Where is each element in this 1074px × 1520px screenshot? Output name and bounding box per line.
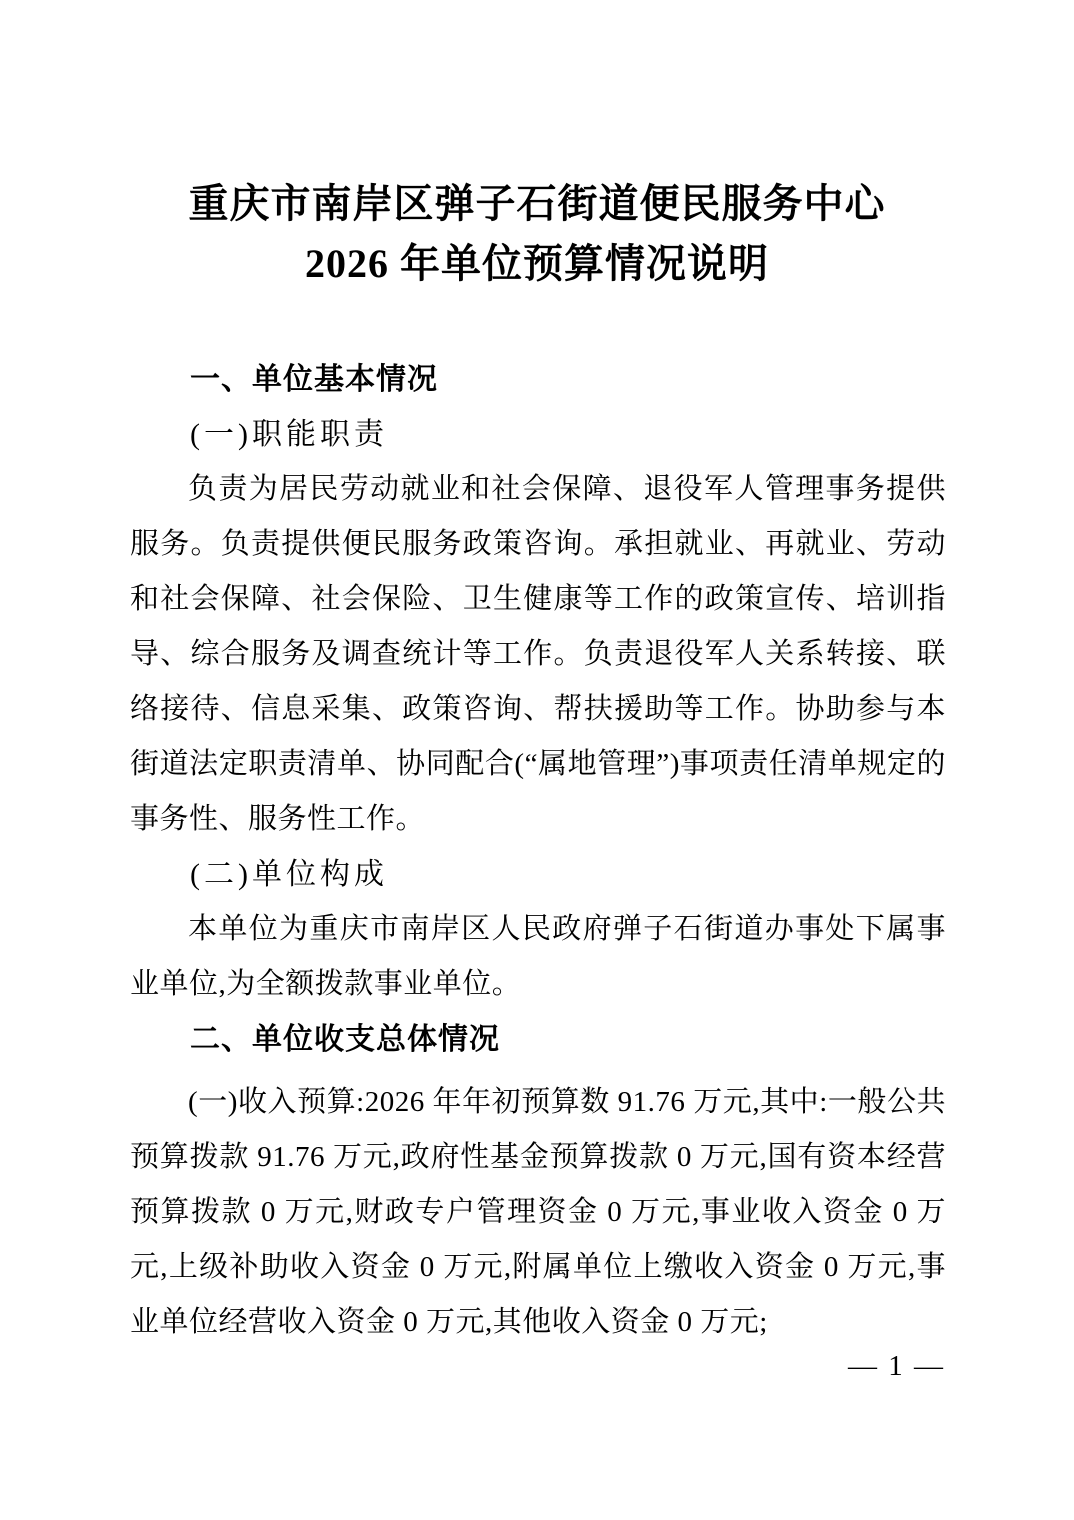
- document-title: 重庆市南岸区弹子石街道便民服务中心 2026 年单位预算情况说明: [0, 174, 1074, 294]
- heading-budget-overview: 二、单位收支总体情况: [130, 1012, 946, 1067]
- paragraph-income-budget: (一)收入预算:2026 年年初预算数 91.76 万元,其中:一般公共预算拨款…: [130, 1075, 946, 1350]
- page-number: — 1 —: [848, 1346, 945, 1386]
- heading-duties: (一)职能职责: [130, 407, 946, 462]
- document-body: 一、单位基本情况 (一)职能职责 负责为居民劳动就业和社会保障、退役军人管理事务…: [130, 352, 946, 1350]
- document-page: 重庆市南岸区弹子石街道便民服务中心 2026 年单位预算情况说明 一、单位基本情…: [0, 0, 1074, 1520]
- paragraph-composition: 本单位为重庆市南岸区人民政府弹子石街道办事处下属事业单位,为全额拨款事业单位。: [130, 902, 946, 1012]
- title-line-2: 2026 年单位预算情况说明: [0, 234, 1074, 294]
- title-line-1: 重庆市南岸区弹子石街道便民服务中心: [0, 174, 1074, 234]
- heading-composition: (二)单位构成: [130, 847, 946, 902]
- paragraph-duties: 负责为居民劳动就业和社会保障、退役军人管理事务提供服务。负责提供便民服务政策咨询…: [130, 462, 946, 847]
- heading-basic-info: 一、单位基本情况: [130, 352, 946, 407]
